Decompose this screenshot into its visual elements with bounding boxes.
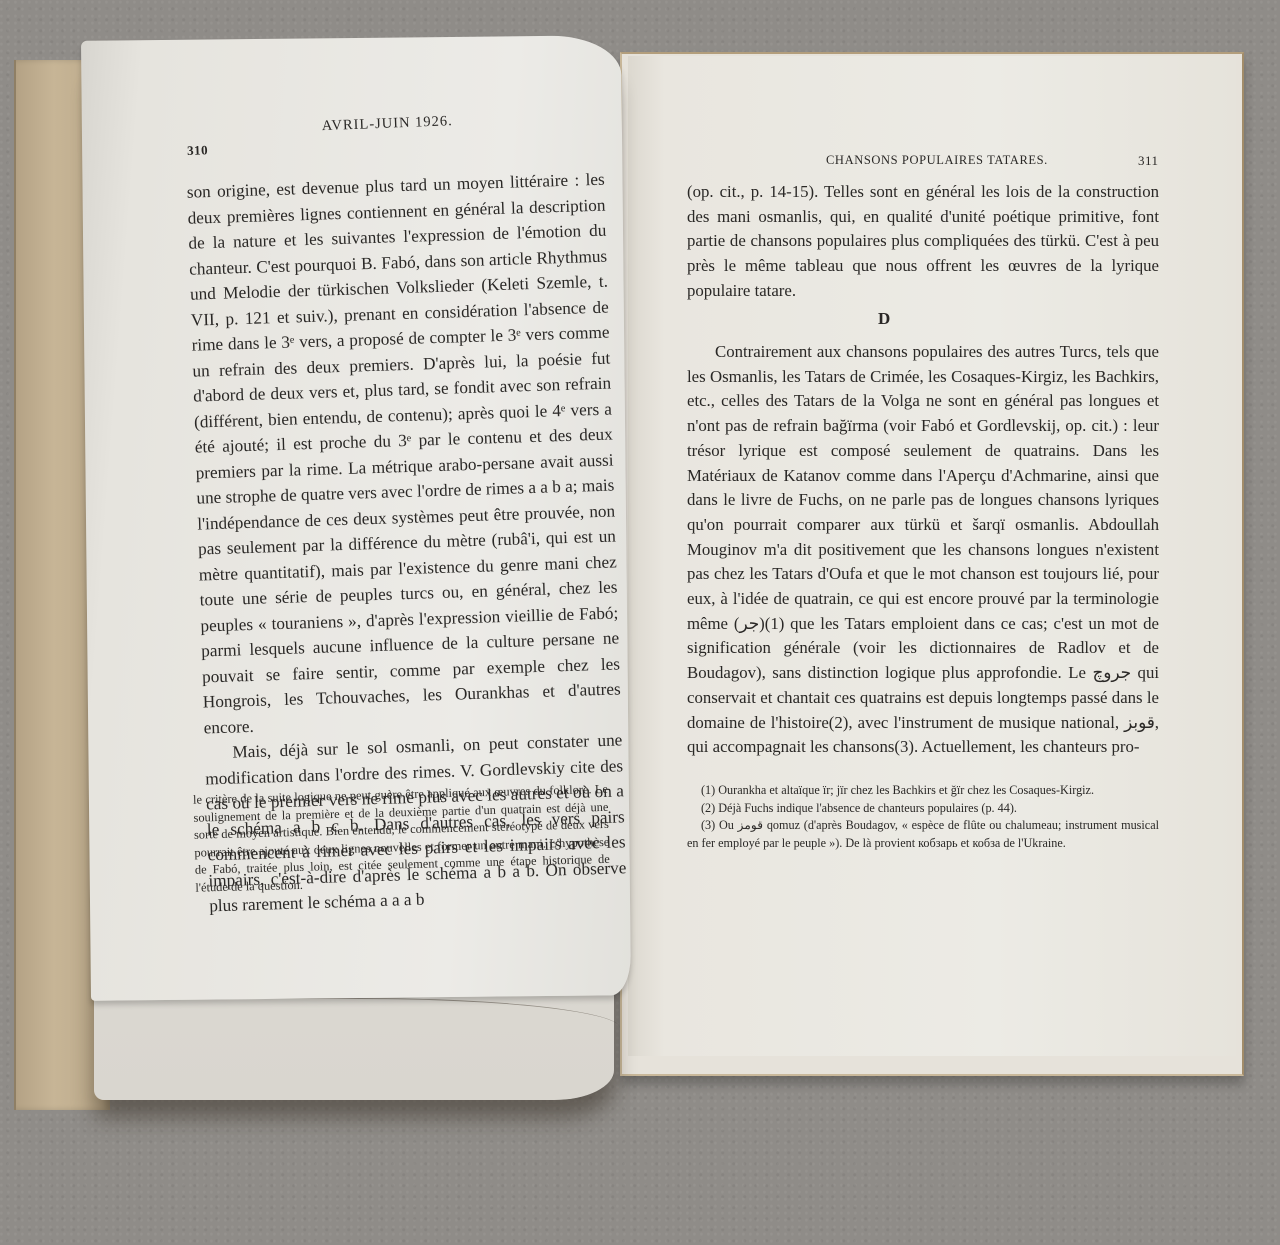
page-number: 311: [1138, 153, 1159, 169]
footnote: le critère de la suite logique ne peut g…: [193, 781, 611, 897]
page-number: 310: [187, 142, 209, 159]
right-body-text: (op. cit., p. 14-15). Telles sont en gén…: [687, 180, 1159, 304]
right-body-text-2: Contrairement aux chansons populaires de…: [687, 340, 1159, 760]
footnote: (2) Déjà Fuchs indique l'absence de chan…: [687, 800, 1159, 818]
section-heading: D: [878, 309, 890, 329]
running-head: CHANSONS POPULAIRES TATARES.: [826, 153, 1048, 168]
paragraph: son origine, est devenue plus tard un mo…: [186, 167, 621, 741]
right-page: CHANSONS POPULAIRES TATARES. 311 (op. ci…: [628, 56, 1236, 1056]
left-page: AVRIL-JUIN 1926. 310 son origine, est de…: [81, 35, 631, 1001]
book-photo: CHANSONS POPULAIRES TATARES. 311 (op. ci…: [0, 0, 1280, 1245]
running-head: AVRIL-JUIN 1926.: [322, 113, 453, 135]
paragraph: (op. cit., p. 14-15). Telles sont en gén…: [687, 180, 1159, 304]
paragraph: Contrairement aux chansons populaires de…: [687, 340, 1159, 760]
footnotes: (1) Ourankha et altaïque ïr; jïr chez le…: [687, 782, 1159, 852]
footnote: (3) Ou قومز qomuz (d'après Boudagov, « e…: [687, 817, 1159, 852]
footnote: (1) Ourankha et altaïque ïr; jïr chez le…: [687, 782, 1159, 800]
